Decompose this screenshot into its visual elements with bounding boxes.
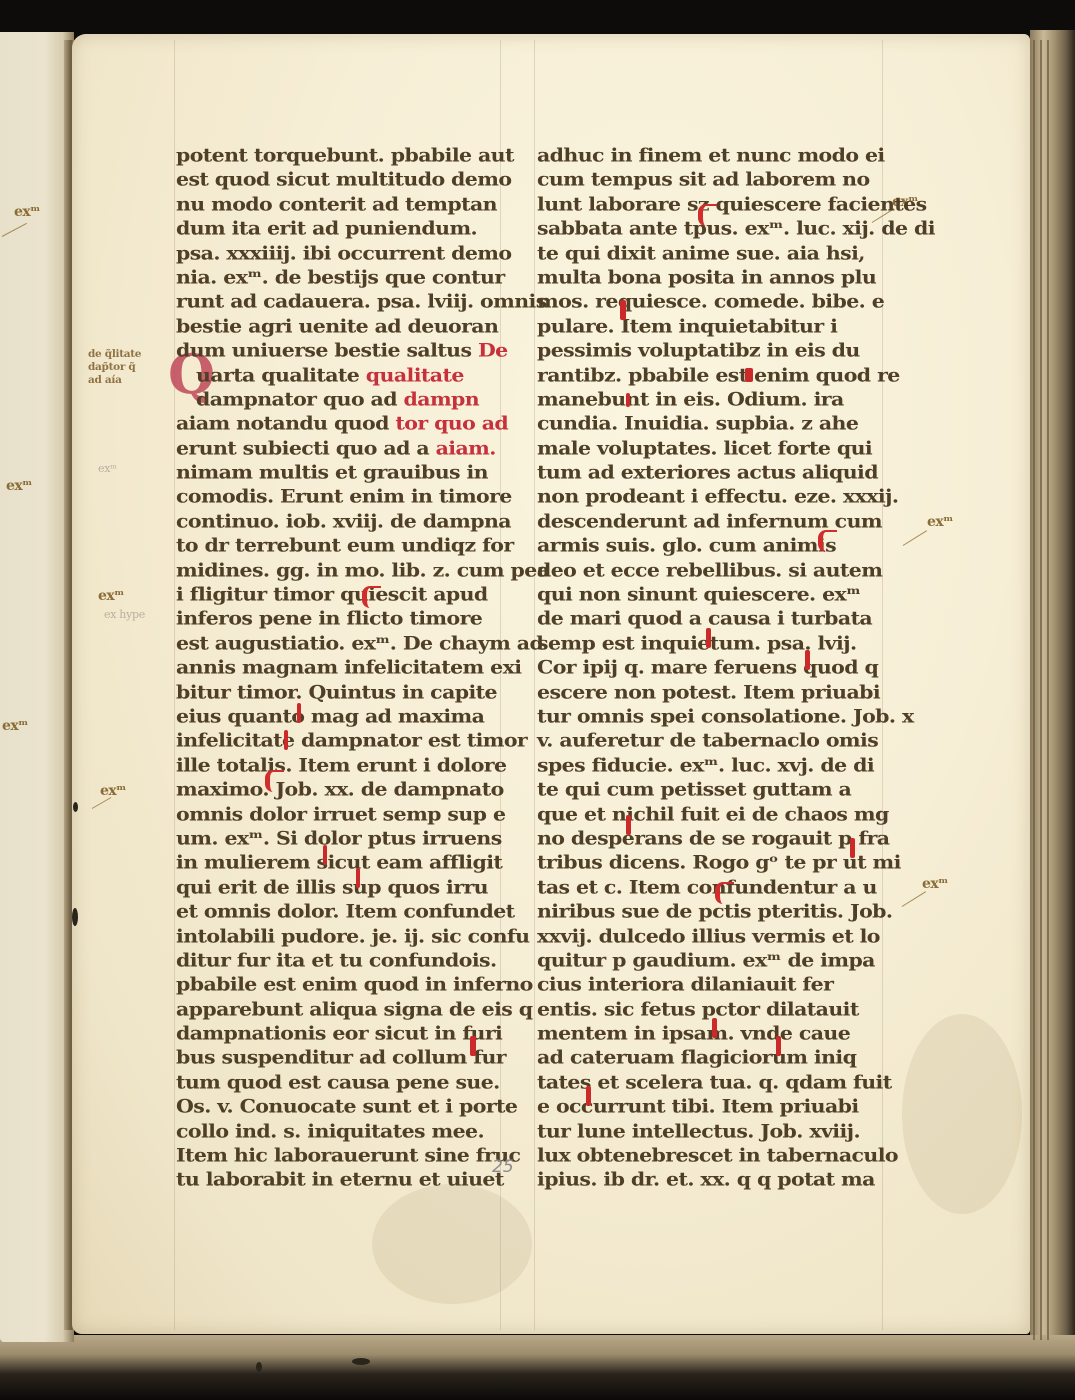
margin-note-exemplum: exᵐ [922, 876, 948, 892]
text-line: Cor ipij q. mare feruens quod q [537, 656, 880, 678]
text-line: inferos pene in flicto timore [176, 607, 498, 629]
text-line: aiam notandu quod tor quo ad [176, 412, 498, 434]
red-paragraph-initial [818, 530, 837, 552]
page-edge [1040, 40, 1042, 1340]
text-column-right: adhuc in finem et nunc modo ei cum tempu… [537, 143, 880, 1192]
text-line: erunt subiecti quo ad a aiam. [176, 437, 498, 459]
red-paragraph-mark [850, 838, 855, 858]
binding-damage [256, 1362, 262, 1372]
margin-note-exemplum: exᵐ [100, 783, 126, 799]
text-line: cundia. Inuidia. supbia. z ahe [537, 412, 880, 434]
red-paragraph-mark [626, 815, 631, 835]
text-line: nia. exᵐ. de bestijs que contur [176, 266, 498, 288]
text-line: adhuc in finem et nunc modo ei [537, 144, 880, 166]
water-stain [372, 1184, 532, 1304]
text-line: tur omnis spei consolatione. Job. x [537, 705, 880, 727]
red-paragraph-mark [323, 845, 327, 865]
text-span: erunt subiecti quo ad a [176, 437, 429, 459]
red-paragraph-mark [586, 1086, 591, 1106]
folio-number: 25 [492, 1157, 514, 1177]
text-line: mentem in ipsam. vnde caue [537, 1022, 880, 1044]
text-line: cius interiora dilaniauit fer [537, 973, 880, 995]
ruling-line [534, 40, 535, 1330]
text-line: dampnationis eor sicut in furi [176, 1022, 498, 1044]
text-line: maximo. Job. xx. de dampnato [176, 778, 498, 800]
text-line: tas et c. Item confundentur a u [537, 876, 880, 898]
text-column-left: potent torquebunt. pbabile aut est quod … [176, 143, 498, 1192]
text-line: pulare. Item inquietabitur i [537, 315, 880, 337]
text-line: v. auferetur de tabernaclo omis [537, 729, 880, 751]
text-line: bitur timor. Quintus in capite [176, 681, 498, 703]
text-line: ipius. ib dr. et. xx. q q potat ma [537, 1168, 880, 1190]
text-line: nu modo conterit ad temptan [176, 193, 498, 215]
text-line: Os. v. Conuocate sunt et i porte [176, 1095, 498, 1117]
text-line: entis. sic fetus pctor dilatauit [537, 998, 880, 1020]
text-line: bestie agri uenite ad deuoran [176, 315, 498, 337]
wormhole-damage [72, 908, 78, 926]
margin-note-exemplum: exᵐ [98, 588, 124, 604]
text-line: xxvij. dulcedo illius vermis et lo [537, 924, 880, 946]
text-line: cum tempus sit ad laborem no [537, 168, 880, 190]
text-line: non prodeant i effectu. eze. xxxij. [537, 485, 880, 507]
text-line: nimam multis et grauibus in [176, 461, 498, 483]
text-line: qui non sinunt quiescere. exᵐ [537, 583, 880, 605]
text-line: tu laborabit in eternu et uiuet [176, 1168, 498, 1190]
red-paragraph-initial [698, 204, 717, 226]
page-edge [1033, 40, 1035, 1340]
rubric-heading: qualitate [366, 363, 464, 385]
text-line: de mari quod a causa i turbata [537, 607, 880, 629]
text-line: eius quanto mag ad maxima [176, 705, 498, 727]
rubric-heading: dampn [404, 388, 480, 410]
text-line: multa bona posita in annos plu [537, 266, 880, 288]
text-line: ad cateruam flagiciorum iniq [537, 1046, 880, 1068]
text-line: est quod sicut multitudo demo [176, 168, 498, 190]
text-line: te qui dixit anime sue. aia hsi, [537, 242, 880, 264]
text-line: manebunt in eis. Odium. ira [537, 388, 880, 410]
margin-note-rubric-annotation: de q̃litate dap̃tor q̃ ad aía [88, 348, 141, 387]
text-line: comodis. Erunt enim in timore [176, 485, 498, 507]
text-line: i fligitur timor quiescit apud [176, 583, 498, 605]
red-paragraph-initial [362, 586, 381, 608]
text-line: spes fiducie. exᵐ. luc. xvj. de di [537, 754, 880, 776]
text-line: tur lune intellectus. Job. xviij. [537, 1120, 880, 1142]
text-line: rantibz. pbabile est enim quod re [537, 363, 880, 385]
text-line: lux obtenebrescet in tabernaculo [537, 1144, 880, 1166]
text-line: apparebunt aliqua signa de eis q [176, 998, 498, 1020]
text-line: infelicitate dampnator est timor [176, 729, 498, 751]
text-line: runt ad cadauera. psa. lviij. omnis [176, 290, 498, 312]
margin-note-exemplum: exᵐ [14, 204, 40, 220]
text-line: deo et ecce rebellibus. si autem [537, 559, 880, 581]
text-line: que et nichil fuit ei de chaos mg [537, 803, 880, 825]
text-line: continuo. iob. xviij. de dampna [176, 510, 498, 532]
text-line: Item hic laborauerunt sine fruc [176, 1144, 498, 1166]
text-line: psa. xxxiiij. ibi occurrent demo [176, 242, 498, 264]
text-line: um. exᵐ. Si dolor ptus irruens [176, 827, 498, 849]
rubric-heading: De [478, 339, 508, 361]
text-span: aiam notandu quod [176, 412, 389, 434]
red-paragraph-mark [805, 650, 810, 670]
facing-page-verso [0, 32, 74, 1342]
text-line: tribus dicens. Rogo gᵒ te pr ut mi [537, 851, 880, 873]
text-line: collo ind. s. iniquitates mee. [176, 1120, 498, 1142]
text-line: dampnator quo ad dampn [176, 388, 498, 410]
text-line: potent torquebunt. pbabile aut [176, 144, 498, 166]
book-binding-bottom [0, 1335, 1075, 1400]
text-line: no desperans de se rogauit p fra [537, 827, 880, 849]
text-line: niribus sue de pctis pteritis. Job. [537, 900, 880, 922]
margin-note-exemplum: exᵐ [927, 514, 953, 530]
text-line: bus suspenditur ad collum fur [176, 1046, 498, 1068]
text-line: uarta qualitate qualitate [176, 363, 498, 385]
binding-damage [352, 1358, 370, 1365]
text-line: tum quod est causa pene sue. [176, 1071, 498, 1093]
text-line: in mulierem sicut eam affligit [176, 851, 498, 873]
text-line: te qui cum petisset guttam a [537, 778, 880, 800]
text-line: pbabile est enim quod in inferno [176, 973, 498, 995]
text-span: uarta qualitate [196, 363, 359, 385]
text-line: escere non potest. Item priuabi [537, 681, 880, 703]
red-paragraph-mark [470, 1036, 476, 1056]
margin-note-faded: ex hype [104, 608, 145, 621]
margin-note-exemplum: exᵐ [6, 478, 32, 494]
text-line: ille totalis. Item erunt i dolore [176, 754, 498, 776]
red-paragraph-mark [745, 368, 753, 382]
red-paragraph-mark [626, 393, 630, 407]
text-line: intolabili pudore. je. ij. sic confu [176, 924, 498, 946]
text-line: et omnis dolor. Item confundet [176, 900, 498, 922]
text-line: midines. gg. in mo. lib. z. cum pea [176, 559, 498, 581]
red-paragraph-mark [297, 703, 301, 723]
red-paragraph-mark [284, 730, 288, 750]
ruling-line [174, 40, 175, 1330]
text-line: ditur fur ita et tu confundois. [176, 949, 498, 971]
text-line: pessimis voluptatibz in eis du [537, 339, 880, 361]
text-span: dum uniuerse bestie saltus [176, 339, 471, 361]
wormhole-damage [73, 802, 78, 812]
page-edge [1047, 40, 1049, 1340]
red-paragraph-mark [776, 1036, 781, 1056]
text-line: annis magnam infelicitatem exi [176, 656, 498, 678]
red-paragraph-initial [715, 882, 734, 904]
text-line: mos. requiesce. comede. bibe. e [537, 290, 880, 312]
red-paragraph-mark [706, 628, 711, 648]
red-paragraph-mark [356, 868, 360, 888]
text-line: omnis dolor irruet semp sup e [176, 803, 498, 825]
text-line: qui erit de illis sup quos irru [176, 876, 498, 898]
text-span: dampnator quo ad [196, 388, 397, 410]
rubric-heading: aiam. [436, 437, 496, 459]
book-binding-right [1030, 30, 1075, 1360]
text-line: quitur p gaudium. exᵐ de impa [537, 949, 880, 971]
text-line: dum ita erit ad puniendum. [176, 217, 498, 239]
text-line: to dr terrebunt eum undiqz for [176, 534, 498, 556]
text-line: male voluptates. licet forte qui [537, 437, 880, 459]
margin-note-exemplum: exᵐ [2, 718, 28, 734]
text-line: tum ad exteriores actus aliquid [537, 461, 880, 483]
text-line: est augustiatio. exᵐ. De chaym ad [176, 632, 498, 654]
text-line: descenderunt ad infernum cum [537, 510, 880, 532]
red-paragraph-mark [712, 1018, 717, 1038]
rubric-heading: tor quo ad [395, 412, 508, 434]
text-line: dum uniuerse bestie saltus De [176, 339, 498, 361]
margin-note-faded: exᵐ [98, 462, 117, 475]
water-stain [902, 1014, 1022, 1214]
red-paragraph-mark [620, 300, 626, 320]
ruling-line [500, 40, 501, 1330]
red-paragraph-initial [265, 770, 284, 792]
